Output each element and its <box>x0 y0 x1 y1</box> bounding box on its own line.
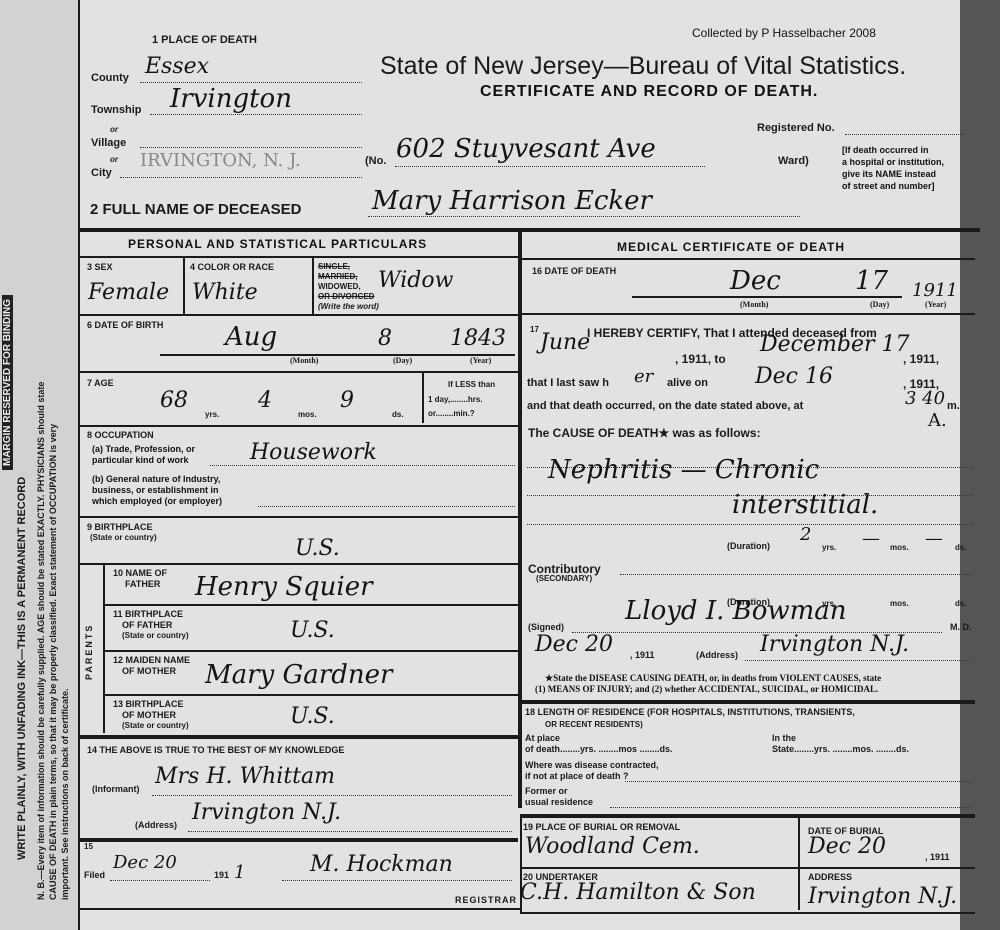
father-name-label-1: 10 NAME OF <box>113 568 167 578</box>
hospital-note-2: a hospital or institution, <box>842 157 944 168</box>
death-certificate: MARGIN RESERVED FOR BINDING WRITE PLAINL… <box>0 0 1000 930</box>
residence-label: 18 LENGTH OF RESIDENCE (FOR HOSPITALS, I… <box>525 707 855 717</box>
marital-value[interactable]: Widow <box>378 268 453 293</box>
page-subtitle: CERTIFICATE AND RECORD OF DEATH. <box>480 83 818 101</box>
dod-day-hint: (Day) <box>870 300 889 309</box>
filed-underline <box>110 880 210 881</box>
registrar-underline <box>282 880 512 881</box>
divider <box>520 700 975 704</box>
registered-no-label: Registered No. <box>757 122 835 134</box>
marital-option-single: SINGLE, <box>318 262 350 271</box>
divider <box>183 256 185 314</box>
hospital-note-3: give its NAME instead <box>842 169 936 180</box>
contracted-label-1: Where was disease contracted, <box>525 760 659 770</box>
dob-month[interactable]: Aug <box>225 322 277 352</box>
undertaker-address-value[interactable]: Irvington N.J. <box>808 884 957 909</box>
age-mos-unit: mos. <box>298 410 317 419</box>
birthplace-value[interactable]: U.S. <box>295 536 340 561</box>
marital-option-widowed: WIDOWED, <box>318 282 361 291</box>
registrar-signature[interactable]: M. Hockman <box>310 852 453 877</box>
informant-address-label: (Address) <box>135 820 177 830</box>
cause-line-2[interactable]: interstitial. <box>732 490 878 520</box>
mother-name-label-1: 12 MAIDEN NAME <box>113 655 190 665</box>
former-label-1: Former or <box>525 786 568 796</box>
at-place-label: At place <box>525 733 560 743</box>
age-days[interactable]: 9 <box>340 388 354 413</box>
father-bp-label-2: OF FATHER <box>122 620 172 630</box>
divider <box>80 228 980 232</box>
parents-side-label: PARENTS <box>84 624 94 680</box>
duration2-ds: ds. <box>955 599 967 608</box>
city-underline <box>120 177 362 178</box>
age-ds-unit: ds. <box>392 410 404 419</box>
occ-a-label-2: particular kind of work <box>92 455 189 466</box>
burial-place-value[interactable]: Woodland Cem. <box>525 834 700 859</box>
footnote-2: (1) MEANS OF INJURY; and (2) whether ACC… <box>535 684 878 695</box>
certify-num: 17 <box>530 325 539 334</box>
mother-name-label-2: OF MOTHER <box>122 666 176 676</box>
sex-value[interactable]: Female <box>88 280 169 305</box>
to-year: , 1911, <box>903 352 939 366</box>
dob-day[interactable]: 8 <box>378 326 392 351</box>
secondary-label: (SECONDARY) <box>536 574 592 583</box>
informant-address-value[interactable]: Irvington N.J. <box>192 800 341 825</box>
occ-a-label-1: (a) Trade, Profession, or <box>92 444 195 455</box>
dod-day[interactable]: 17 <box>855 266 888 296</box>
medical-section-title: MEDICAL CERTIFICATE OF DEATH <box>617 240 845 254</box>
signed-date[interactable]: Dec 20 <box>535 632 613 657</box>
dob-year-hint: (Year) <box>470 356 491 365</box>
informant-address-underline <box>188 831 512 832</box>
informant-underline <box>152 795 512 796</box>
informant-label: (Informant) <box>92 784 140 794</box>
in-state-fields[interactable]: State........yrs. ........mos. ........d… <box>772 744 909 754</box>
full-name-label: 2 FULL NAME OF DECEASED <box>90 201 301 218</box>
ward-label: Ward) <box>778 155 809 167</box>
margin-instructions-1: N. B.—Every item of information should b… <box>36 382 46 900</box>
dob-month-hint: (Month) <box>290 356 318 365</box>
or-2: or <box>110 155 118 164</box>
divider <box>80 314 518 316</box>
burial-date-year: , 1911 <box>925 852 950 862</box>
duration2-mos: mos. <box>890 599 909 608</box>
marital-option-divorced: OR DIVORCED <box>318 292 374 301</box>
mother-bp-label-2: OF MOTHER <box>122 710 176 720</box>
less-than-1: If LESS than <box>448 380 495 389</box>
informant-statement: 14 THE ABOVE IS TRUE TO THE BEST OF MY K… <box>87 745 344 755</box>
duration-yrs[interactable]: 2 <box>800 524 811 545</box>
divider <box>103 604 518 606</box>
margin-instructions-2: CAUSE OF DEATH in plain terms, so that i… <box>48 424 58 900</box>
dod-underline <box>632 296 902 298</box>
age-years[interactable]: 68 <box>160 388 188 413</box>
physician-signature[interactable]: Lloyd I. Bowman <box>625 596 847 626</box>
divider <box>80 735 518 739</box>
county-underline <box>140 82 362 83</box>
township-underline <box>150 114 362 115</box>
cause-underline-3 <box>527 524 972 525</box>
occ-a-underline <box>210 465 515 466</box>
contracted-field[interactable] <box>625 781 970 782</box>
age-yrs-unit: yrs. <box>205 410 219 419</box>
dob-day-hint: (Day) <box>393 356 412 365</box>
personal-section-title: PERSONAL AND STATISTICAL PARTICULARS <box>128 237 427 251</box>
filed-date[interactable]: Dec 20 <box>113 852 177 873</box>
registrar-label: REGISTRAR <box>455 895 517 905</box>
divider <box>80 908 520 910</box>
divider <box>80 838 518 842</box>
occ-b-underline <box>258 506 515 507</box>
attended-from[interactable]: June <box>540 330 590 355</box>
last-saw-prefix: that I last saw h <box>527 377 609 389</box>
occupation-label: 8 OCCUPATION <box>87 430 154 440</box>
county-value[interactable]: Essex <box>145 54 209 79</box>
dod-year-hint: (Year) <box>925 300 946 309</box>
duration-ds-unit: ds. <box>955 543 967 552</box>
undertaker-address-label: ADDRESS <box>808 872 852 882</box>
dob-underline <box>160 354 515 356</box>
divider <box>103 563 105 733</box>
divider <box>80 516 518 518</box>
city-stamp[interactable]: IRVINGTON, N. J. <box>140 150 301 171</box>
hospital-note-1: [If death occurred in <box>842 145 929 156</box>
age-label: 7 AGE <box>87 378 114 388</box>
cause-line-1[interactable]: Nephritis — Chronic <box>548 455 819 485</box>
in-state-label: In the <box>772 733 796 743</box>
former-residence-field[interactable] <box>610 807 970 808</box>
father-bp-value[interactable]: U.S. <box>290 618 335 643</box>
margin-binding-note: MARGIN RESERVED FOR BINDING <box>2 295 13 470</box>
street-underline <box>395 166 705 167</box>
marital-option-married: MARRIED, <box>318 272 358 281</box>
divider <box>520 258 975 260</box>
divider <box>520 867 975 869</box>
divider <box>80 425 518 427</box>
margin-write-plainly: WRITE PLAINLY, WITH UNFADING INK—THIS IS… <box>16 477 28 860</box>
township-label: Township <box>91 104 142 116</box>
m-label: m. <box>947 400 960 412</box>
village-label: Village <box>91 137 126 149</box>
full-name-value[interactable]: Mary Harrison Ecker <box>372 186 652 216</box>
marital-hint: (Write the word) <box>318 302 379 311</box>
alive-on-label: alive on <box>667 377 708 389</box>
full-name-underline <box>368 216 800 217</box>
filed-year-prefix: 191 <box>214 870 229 880</box>
divider <box>80 563 518 565</box>
village-underline <box>140 147 362 148</box>
divider <box>103 694 518 696</box>
occ-b-label-1: (b) General nature of Industry, <box>92 474 220 485</box>
divider <box>520 814 975 818</box>
township-value[interactable]: Irvington <box>170 84 292 114</box>
less-than-3: or........min.? <box>428 409 475 418</box>
divider <box>520 313 975 315</box>
undertaker-value[interactable]: C.H. Hamilton & Son <box>520 880 756 905</box>
city-label: City <box>91 167 112 179</box>
dod-month[interactable]: Dec <box>730 266 781 296</box>
divider <box>798 814 800 910</box>
filing-num: 15 <box>84 842 93 851</box>
divider <box>422 371 424 423</box>
duration-label: (Duration) <box>727 541 770 551</box>
race-value[interactable]: White <box>192 280 258 305</box>
birthplace-label-2: (State or country) <box>90 533 157 542</box>
last-saw-pronoun[interactable]: er <box>634 366 653 387</box>
residence-label-2: OR RECENT RESIDENTS) <box>545 720 643 729</box>
mother-bp-label-3: (State or country) <box>122 721 189 730</box>
birthplace-label-1: 9 BIRTHPLACE <box>87 522 153 532</box>
time-of-death[interactable]: 3 40 <box>905 388 945 409</box>
attended-to[interactable]: December 17 <box>760 332 909 357</box>
mother-bp-label-1: 13 BIRTHPLACE <box>113 699 184 709</box>
binding-margin: MARGIN RESERVED FOR BINDING WRITE PLAINL… <box>0 0 81 930</box>
mother-name-value[interactable]: Mary Gardner <box>205 660 392 690</box>
collector-watermark: Collected by P Hasselbacher 2008 <box>692 26 876 40</box>
father-name-label-2: FATHER <box>125 579 160 589</box>
less-than-2: 1 day,........hrs. <box>428 395 483 404</box>
dob-year[interactable]: 1843 <box>450 326 506 351</box>
contributory-underline <box>620 574 972 575</box>
dod-year[interactable]: 1911 <box>912 280 958 301</box>
at-place-fields[interactable]: of death........yrs. ........mos .......… <box>525 744 673 754</box>
sex-label: 3 SEX <box>87 262 113 272</box>
cause-label: The CAUSE OF DEATH★ was as follows: <box>528 426 761 440</box>
column-divider <box>518 228 522 808</box>
signed-year: , 1911 <box>630 650 655 660</box>
duration-ds[interactable]: — <box>925 528 943 549</box>
physician-address-label: (Address) <box>696 650 738 660</box>
dod-label: 16 DATE OF DEATH <box>532 266 616 276</box>
duration-yrs-unit: yrs. <box>822 543 836 552</box>
from-year: , 1911, to <box>675 352 726 366</box>
occ-b-label-3: which employed (or employer) <box>92 496 222 507</box>
death-occurred-text: and that death occurred, on the date sta… <box>527 400 803 412</box>
burial-date-value[interactable]: Dec 20 <box>808 834 886 859</box>
page-title: State of New Jersey—Bureau of Vital Stat… <box>380 52 906 81</box>
informant-value[interactable]: Mrs H. Whittam <box>155 764 335 789</box>
mother-bp-value[interactable]: U.S. <box>290 704 335 729</box>
age-months[interactable]: 4 <box>258 388 272 413</box>
last-saw-date[interactable]: Dec 16 <box>755 364 833 389</box>
filed-label: Filed <box>84 870 105 880</box>
dob-label: 6 DATE OF BIRTH <box>87 320 163 330</box>
signed-label: (Signed) <box>528 622 564 632</box>
race-label: 4 COLOR OR RACE <box>190 262 274 272</box>
am-pm-value[interactable]: A. <box>928 410 947 431</box>
duration-mos[interactable]: — <box>862 528 880 549</box>
physician-address-underline <box>745 660 970 661</box>
registered-no-field[interactable] <box>845 134 965 135</box>
divider <box>80 256 518 258</box>
father-name-value[interactable]: Henry Squier <box>195 572 373 602</box>
former-label-2: usual residence <box>525 797 593 807</box>
scan-edge <box>960 0 1000 930</box>
physician-address-value[interactable]: Irvington N.J. <box>760 632 909 657</box>
md-label: M. D. <box>950 622 972 632</box>
duration-mos-unit: mos. <box>890 543 909 552</box>
street-prefix: (No. <box>365 155 386 167</box>
filed-year-suffix[interactable]: 1 <box>234 862 245 883</box>
occ-b-label-2: business, or establishment in <box>92 485 219 496</box>
contracted-label-2: if not at place of death ? <box>525 771 629 781</box>
divider <box>520 912 975 914</box>
footnote-1: ★State the DISEASE CAUSING DEATH, or, in… <box>545 673 881 684</box>
father-bp-label-3: (State or country) <box>122 631 189 640</box>
place-of-death-label: 1 PLACE OF DEATH <box>152 34 257 46</box>
county-label: County <box>91 72 129 84</box>
father-bp-label-1: 11 BIRTHPLACE <box>113 609 183 619</box>
divider <box>312 256 314 314</box>
hospital-note-4: of street and number] <box>842 181 935 192</box>
margin-instructions-3: important. See instructions on back of c… <box>60 688 70 900</box>
street-value[interactable]: 602 Stuyvesant Ave <box>396 134 656 164</box>
burial-place-label: 19 PLACE OF BURIAL OR REMOVAL <box>523 822 680 832</box>
dod-month-hint: (Month) <box>740 300 768 309</box>
divider <box>80 371 518 373</box>
occ-a-value[interactable]: Housework <box>250 440 377 465</box>
or-1: or <box>110 125 118 134</box>
divider <box>103 650 518 652</box>
